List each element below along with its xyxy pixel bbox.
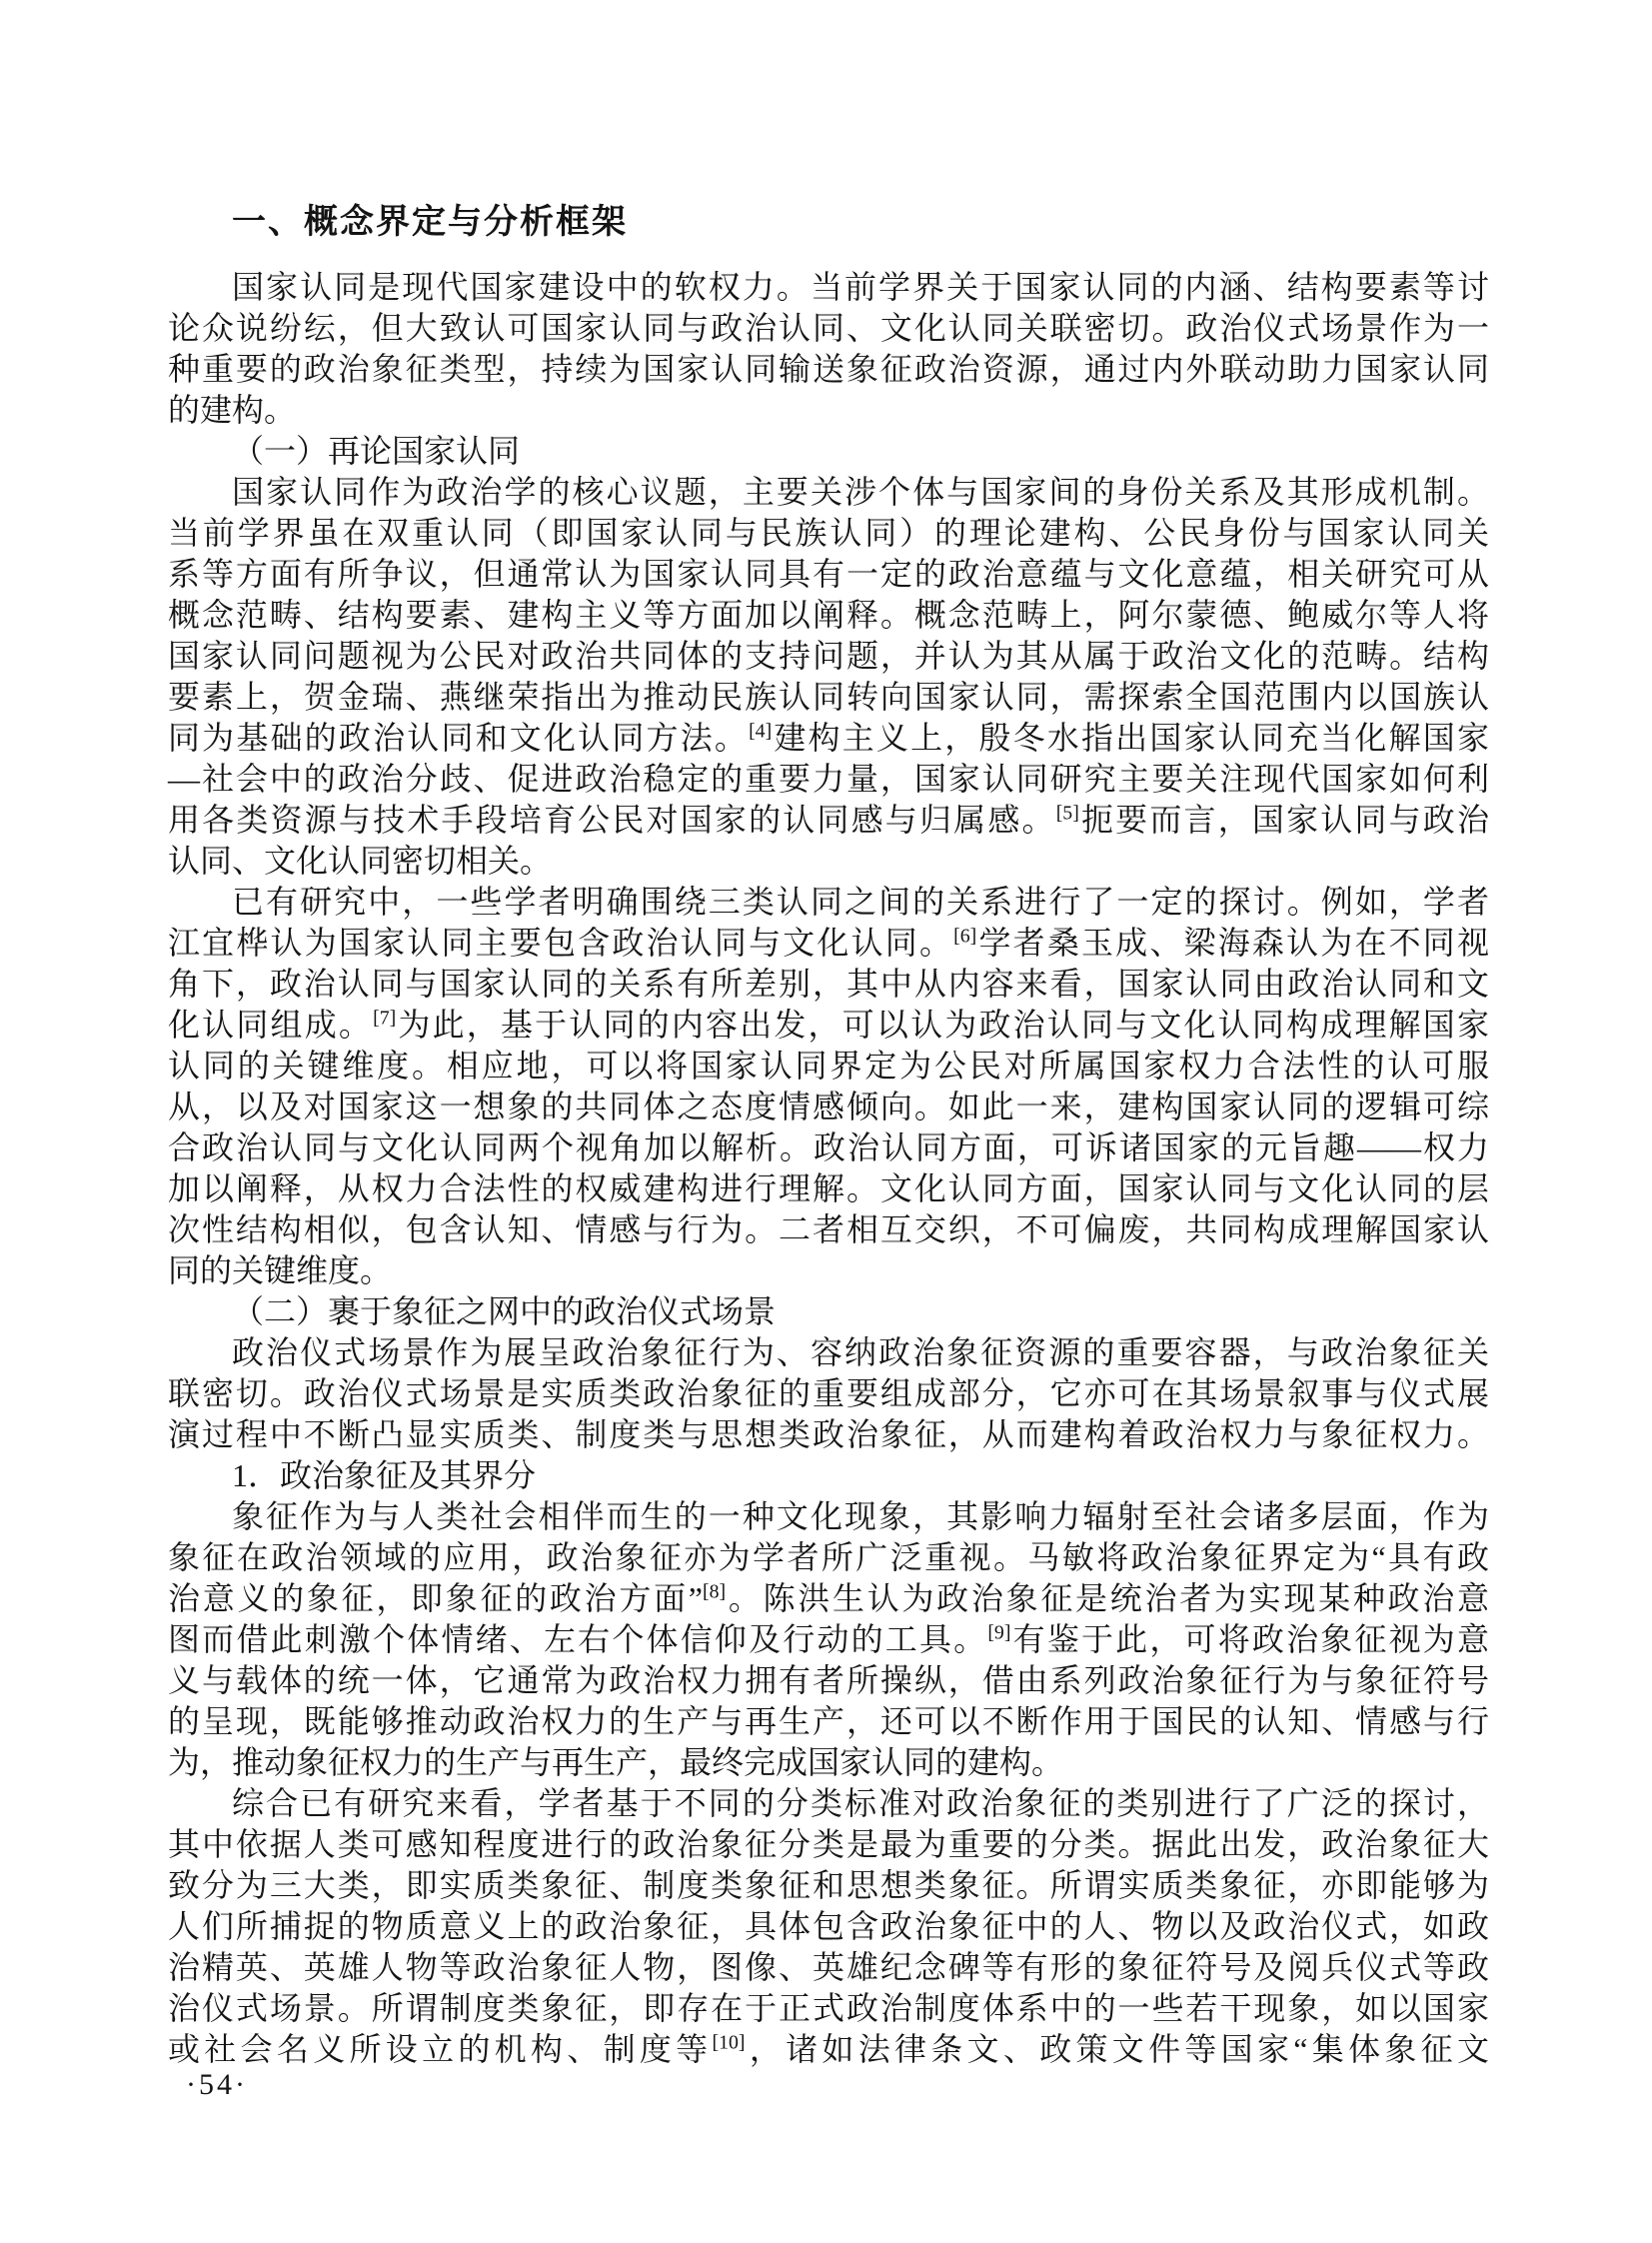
text-line: 演过程中不断凸显实质类、制度类与思想类政治象征，从而建构着政治权力与象征权力。: [168, 1414, 1489, 1455]
citation-marker: [9]: [987, 1621, 1010, 1643]
paragraph: 综合已有研究来看，学者基于不同的分类标准对政治象征的类别进行了广泛的探讨，其中依…: [168, 1783, 1489, 2070]
paragraph: 国家认同作为政治学的核心议题，主要关涉个体与国家间的身份关系及其形成机制。当前学…: [168, 472, 1489, 882]
text-line: 治精英、英雄人物等政治象征人物，图像、英雄纪念碑等有形的象征符号及阅兵仪式等政: [168, 1947, 1489, 1988]
text-line: 角下，政治认同与国家认同的关系有所差别，其中从内容来看，国家认同由政治认同和文: [168, 964, 1489, 1005]
text-line: 人们所捕捉的物质意义上的政治象征，具体包含政治象征中的人、物以及政治仪式，如政: [168, 1906, 1489, 1947]
section-heading: 1．政治象征及其界分: [168, 1455, 1489, 1496]
text-line: 国家认同问题视为公民对政治共同体的支持问题，并认为其从属于政治文化的范畴。结构: [168, 636, 1489, 677]
text-line: 致分为三大类，即实质类象征、制度类象征和思想类象征。所谓实质类象征，亦即能够为: [168, 1865, 1489, 1906]
text-line: 江宜桦认为国家认同主要包含政治认同与文化认同。[6]学者桑玉成、梁海森认为在不同…: [168, 923, 1489, 964]
document-body: 一、概念界定与分析框架国家认同是现代国家建设中的软权力。当前学界关于国家认同的内…: [168, 200, 1489, 2070]
text-line: 概念范畴、结构要素、建构主义等方面加以阐释。概念范畴上，阿尔蒙德、鲍威尔等人将: [168, 595, 1489, 636]
text-line: 同为基础的政治认同和文化认同方法。[4]建构主义上，殷冬水指出国家认同充当化解国…: [168, 718, 1489, 759]
text-line: 联密切。政治仪式场景是实质类政治象征的重要组成部分，它亦可在其场景叙事与仪式展: [168, 1373, 1489, 1414]
text-line: 治仪式场景。所谓制度类象征，即存在于正式政治制度体系中的一些若干现象，如以国家: [168, 1988, 1489, 2029]
text-line: 合政治认同与文化认同两个视角加以解析。政治认同方面，可诉诸国家的元旨趣——权力: [168, 1127, 1489, 1168]
paragraph: 国家认同是现代国家建设中的软权力。当前学界关于国家认同的内涵、结构要素等讨论众说…: [168, 267, 1489, 431]
text-line: —社会中的政治分歧、促进政治稳定的重要力量，国家认同研究主要关注现代国家如何利: [168, 759, 1489, 800]
text-line: 的建构。: [168, 390, 1489, 431]
text-line: 为，推动象征权力的生产与再生产，最终完成国家认同的建构。: [168, 1742, 1489, 1783]
citation-marker: [5]: [1056, 802, 1079, 824]
citation-marker: [7]: [373, 1007, 396, 1029]
text-line: 认同的关键维度。相应地，可以将国家认同界定为公民对所属国家权力合法性的认可服: [168, 1046, 1489, 1087]
text-line: 国家认同是现代国家建设中的软权力。当前学界关于国家认同的内涵、结构要素等讨: [168, 267, 1489, 308]
text-line: 系等方面有所争议，但通常认为国家认同具有一定的政治意蕴与文化意蕴，相关研究可从: [168, 554, 1489, 595]
text-line: 或社会名义所设立的机构、制度等[10]，诸如法律条文、政策文件等国家“集体象征文: [168, 2029, 1489, 2070]
text-line: 化认同组成。[7]为此，基于认同的内容出发，可以认为政治认同与文化认同构成理解国…: [168, 1005, 1489, 1046]
text-line: 图而借此刺激个体情绪、左右个体信仰及行动的工具。[9]有鉴于此，可将政治象征视为…: [168, 1619, 1489, 1660]
paragraph: 政治仪式场景作为展呈政治象征行为、容纳政治象征资源的重要容器，与政治象征关联密切…: [168, 1332, 1489, 1455]
paragraph: 象征作为与人类社会相伴而生的一种文化现象，其影响力辐射至社会诸多层面，作为象征在…: [168, 1496, 1489, 1783]
text-line: 已有研究中，一些学者明确围绕三类认同之间的关系进行了一定的探讨。例如，学者: [168, 882, 1489, 923]
text-line: 同的关键维度。: [168, 1250, 1489, 1291]
text-line: 的呈现，既能够推动政治权力的生产与再生产，还可以不断作用于国民的认知、情感与行: [168, 1701, 1489, 1742]
text-line: （二）裹于象征之网中的政治仪式场景: [168, 1291, 1489, 1332]
text-line: 治意义的象征，即象征的政治方面”[8]。陈洪生认为政治象征是统治者为实现某种政治…: [168, 1578, 1489, 1619]
section-heading: 一、概念界定与分析框架: [168, 200, 1489, 244]
text-line: 认同、文化认同密切相关。: [168, 841, 1489, 882]
section-heading: （一）再论国家认同: [168, 431, 1489, 472]
text-line: （一）再论国家认同: [168, 431, 1489, 472]
text-line: 政治仪式场景作为展呈政治象征行为、容纳政治象征资源的重要容器，与政治象征关: [168, 1332, 1489, 1373]
text-line: 加以阐释，从权力合法性的权威建构进行理解。文化认同方面，国家认同与文化认同的层: [168, 1168, 1489, 1209]
text-line: 国家认同作为政治学的核心议题，主要关涉个体与国家间的身份关系及其形成机制。: [168, 472, 1489, 513]
text-line: 要素上，贺金瑞、燕继荣指出为推动民族认同转向国家认同，需探索全国范围内以国族认: [168, 677, 1489, 718]
paper-page: 一、概念界定与分析框架国家认同是现代国家建设中的软权力。当前学界关于国家认同的内…: [0, 0, 1652, 2243]
section-heading: （二）裹于象征之网中的政治仪式场景: [168, 1291, 1489, 1332]
citation-marker: [6]: [953, 925, 976, 947]
text-line: 论众说纷纭，但大致认可国家认同与政治认同、文化认同关联密切。政治仪式场景作为一: [168, 308, 1489, 349]
citation-marker: [10]: [712, 2031, 745, 2053]
text-line: 1．政治象征及其界分: [168, 1455, 1489, 1496]
text-line: 次性结构相似，包含认知、情感与行为。二者相互交织，不可偏废，共同构成理解国家认: [168, 1209, 1489, 1250]
citation-marker: [8]: [703, 1580, 726, 1602]
text-line: 从，以及对国家这一想象的共同体之态度情感倾向。如此一来，建构国家认同的逻辑可综: [168, 1087, 1489, 1127]
paragraph: 已有研究中，一些学者明确围绕三类认同之间的关系进行了一定的探讨。例如，学者江宜桦…: [168, 882, 1489, 1291]
text-line: 用各类资源与技术手段培育公民对国家的认同感与归属感。[5]扼要而言，国家认同与政…: [168, 800, 1489, 841]
page-number: ·54·: [186, 2069, 248, 2101]
text-line: 一、概念界定与分析框架: [168, 200, 1489, 244]
text-line: 象征作为与人类社会相伴而生的一种文化现象，其影响力辐射至社会诸多层面，作为: [168, 1496, 1489, 1537]
text-line: 义与载体的统一体，它通常为政治权力拥有者所操纵，借由系列政治象征行为与象征符号: [168, 1660, 1489, 1701]
text-line: 种重要的政治象征类型，持续为国家认同输送象征政治资源，通过内外联动助力国家认同: [168, 349, 1489, 390]
citation-marker: [4]: [749, 720, 772, 742]
text-line: 其中依据人类可感知程度进行的政治象征分类是最为重要的分类。据此出发，政治象征大: [168, 1824, 1489, 1865]
text-line: 综合已有研究来看，学者基于不同的分类标准对政治象征的类别进行了广泛的探讨，: [168, 1783, 1489, 1824]
text-line: 象征在政治领域的应用，政治象征亦为学者所广泛重视。马敏将政治象征界定为“具有政: [168, 1537, 1489, 1578]
text-line: 当前学界虽在双重认同（即国家认同与民族认同）的理论建构、公民身份与国家认同关: [168, 513, 1489, 554]
